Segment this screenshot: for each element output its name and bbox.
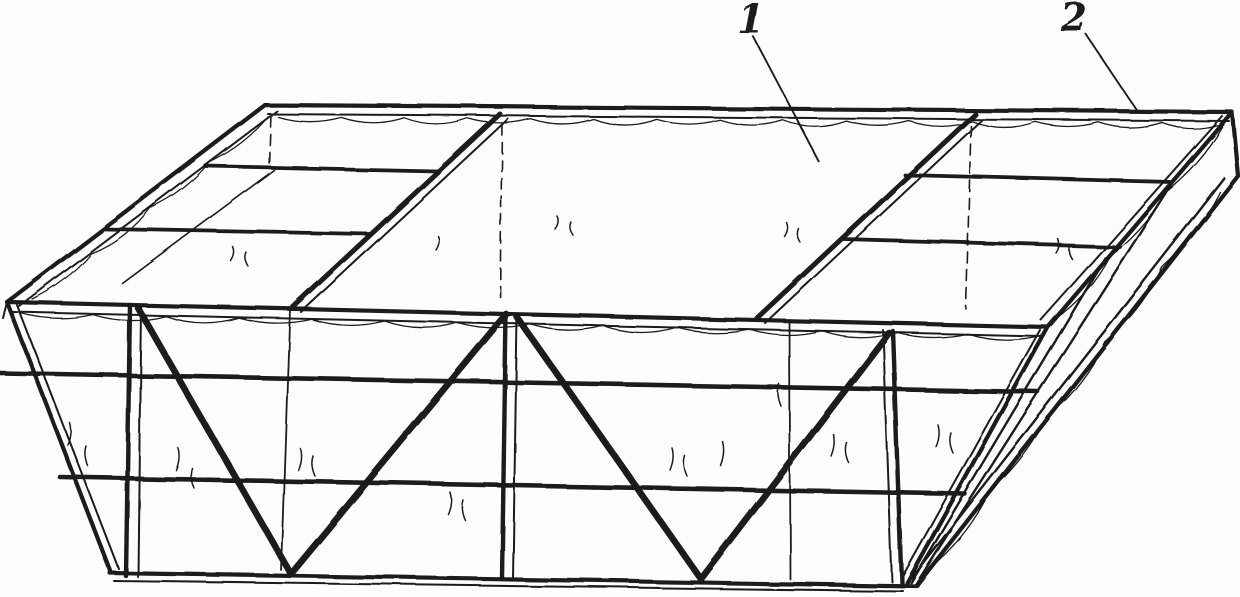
label-1-leader-line bbox=[753, 36, 820, 163]
deck-outline-heavy bbox=[7, 105, 1232, 327]
frame-structure-drawing bbox=[0, 105, 1238, 591]
transom-frame-lines bbox=[911, 178, 1224, 584]
figure-page: 1 2 bbox=[0, 0, 1240, 597]
surface-texture-ticks bbox=[68, 216, 1072, 520]
truss-stringers bbox=[0, 373, 1038, 494]
label-2-leader-line bbox=[1085, 33, 1138, 112]
patent-figure-canvas: 1 2 bbox=[0, 0, 1240, 597]
reference-numeral-1: 1 bbox=[737, 0, 765, 43]
transom-edges-heavy bbox=[917, 112, 1238, 585]
left-bay-thin-diagonal bbox=[122, 170, 274, 283]
edge-scallop-shading bbox=[20, 117, 1224, 566]
deck-bulkhead-beams-heavy bbox=[293, 114, 975, 318]
reference-numeral-2: 2 bbox=[1059, 0, 1086, 39]
truss-posts-light bbox=[138, 307, 892, 582]
deck-outline-light bbox=[12, 111, 1229, 336]
reference-annotations: 1 2 bbox=[737, 0, 1138, 163]
truss-thin-verticals bbox=[281, 309, 790, 579]
deck-bulkhead-beams-light bbox=[301, 119, 983, 323]
deck-dashed-frame-lines bbox=[269, 116, 971, 309]
